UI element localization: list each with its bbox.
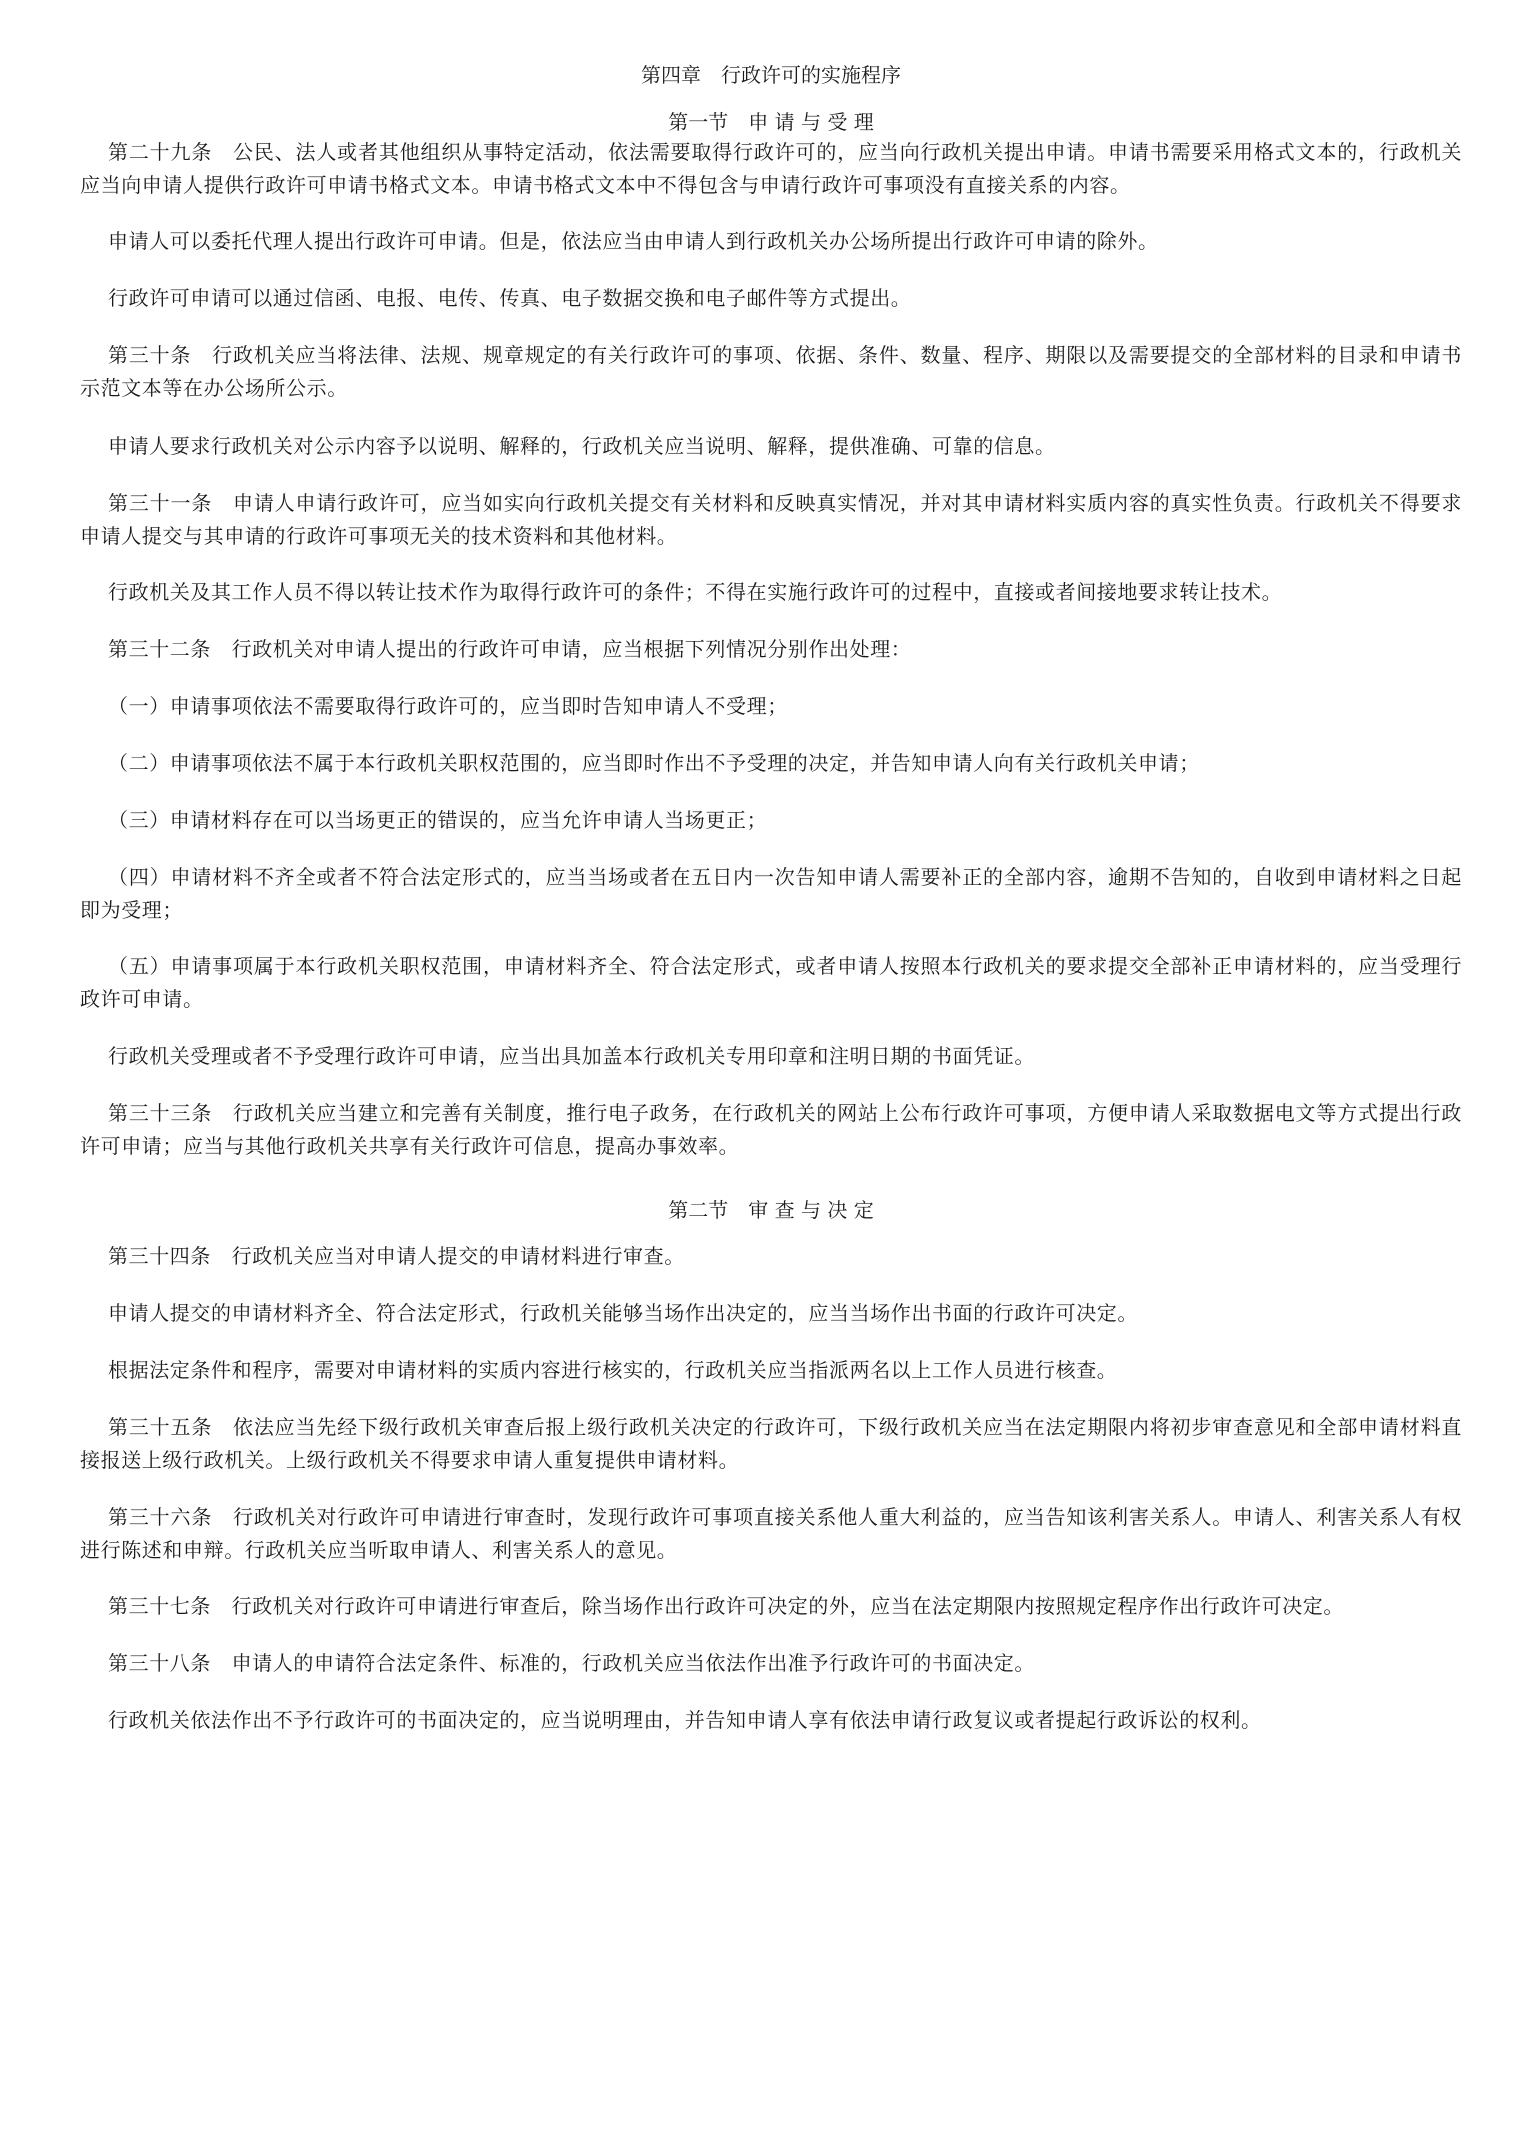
paragraph: 行政机关受理或者不予受理行政许可申请，应当出具加盖本行政机关专用印章和注明日期的… bbox=[80, 1040, 1462, 1073]
paragraph-art35: 第三十五条 依法应当先经下级行政机关审查后报上级行政机关决定的行政许可，下级行政… bbox=[80, 1411, 1462, 1477]
list-item-2: （二）申请事项依法不属于本行政机关职权范围的，应当即时作出不予受理的决定，并告知… bbox=[80, 747, 1462, 780]
section-title-1: 第一节 申 请 与 受 理 bbox=[80, 107, 1462, 137]
paragraph-art29: 第二十九条 公民、法人或者其他组织从事特定活动，依法需要取得行政许可的，应当向行… bbox=[80, 136, 1462, 202]
paragraph-art37: 第三十七条 行政机关对行政许可申请进行审查后，除当场作出行政许可决定的外，应当在… bbox=[80, 1590, 1462, 1623]
paragraph: 行政机关依法作出不予行政许可的书面决定的，应当说明理由，并告知申请人享有依法申请… bbox=[80, 1704, 1462, 1737]
paragraph-art32: 第三十二条 行政机关对申请人提出的行政许可申请，应当根据下列情况分别作出处理： bbox=[80, 633, 1462, 666]
paragraph: 行政机关及其工作人员不得以转让技术作为取得行政许可的条件；不得在实施行政许可的过… bbox=[80, 576, 1462, 609]
paragraph: 根据法定条件和程序，需要对申请材料的实质内容进行核实的，行政机关应当指派两名以上… bbox=[80, 1354, 1462, 1387]
paragraph-art34: 第三十四条 行政机关应当对申请人提交的申请材料进行审查。 bbox=[80, 1240, 1462, 1273]
paragraph: 申请人提交的申请材料齐全、符合法定形式，行政机关能够当场作出决定的，应当当场作出… bbox=[80, 1297, 1462, 1330]
paragraph: 行政许可申请可以通过信函、电报、电传、传真、电子数据交换和电子邮件等方式提出。 bbox=[80, 282, 1462, 315]
list-item-1: （一）申请事项依法不需要取得行政许可的，应当即时告知申请人不受理； bbox=[80, 690, 1462, 723]
list-item-5: （五）申请事项属于本行政机关职权范围，申请材料齐全、符合法定形式，或者申请人按照… bbox=[80, 950, 1462, 1016]
chapter-title: 第四章 行政许可的实施程序 bbox=[80, 60, 1462, 90]
list-item-4: （四）申请材料不齐全或者不符合法定形式的，应当当场或者在五日内一次告知申请人需要… bbox=[80, 861, 1462, 927]
list-item-3: （三）申请材料存在可以当场更正的错误的，应当允许申请人当场更正； bbox=[80, 804, 1462, 837]
section-title-2: 第二节 审 查 与 决 定 bbox=[80, 1195, 1462, 1225]
paragraph-art36: 第三十六条 行政机关对行政许可申请进行审查时，发现行政许可事项直接关系他人重大利… bbox=[80, 1501, 1462, 1567]
paragraph-art30: 第三十条 行政机关应当将法律、法规、规章规定的有关行政许可的事项、依据、条件、数… bbox=[80, 339, 1462, 405]
paragraph: 申请人可以委托代理人提出行政许可申请。但是，依法应当由申请人到行政机关办公场所提… bbox=[80, 225, 1462, 258]
paragraph: 申请人要求行政机关对公示内容予以说明、解释的，行政机关应当说明、解释，提供准确、… bbox=[80, 430, 1462, 463]
paragraph-art33: 第三十三条 行政机关应当建立和完善有关制度，推行电子政务，在行政机关的网站上公布… bbox=[80, 1097, 1462, 1163]
paragraph-art38: 第三十八条 申请人的申请符合法定条件、标准的，行政机关应当依法作出准予行政许可的… bbox=[80, 1647, 1462, 1680]
paragraph-art31: 第三十一条 申请人申请行政许可，应当如实向行政机关提交有关材料和反映真实情况，并… bbox=[80, 487, 1462, 553]
